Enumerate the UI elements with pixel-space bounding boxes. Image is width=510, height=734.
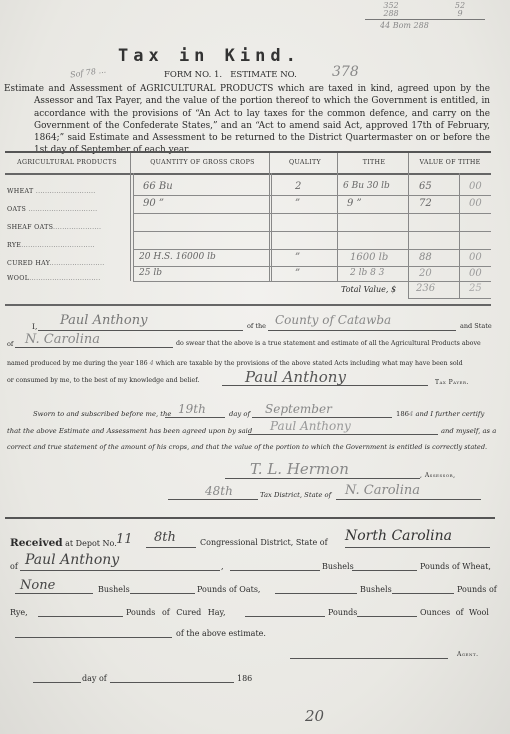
receipt-of: of: [10, 562, 18, 571]
tax-district-number: 48th: [205, 484, 233, 498]
receipt-state: North Carolina: [345, 528, 452, 544]
receipt-from-name: Paul Anthony: [25, 552, 119, 568]
col-divider: [337, 153, 338, 281]
estimate-portion-line[interactable]: [15, 637, 172, 638]
pounds-of-label: Pounds of: [457, 585, 497, 594]
tax-district-label: Tax District, State of: [260, 491, 331, 499]
taxpayer-name-line: [38, 330, 243, 331]
oats-pounds-label: Pounds of Oats,: [197, 585, 260, 594]
oath-state: N. Carolina: [25, 332, 100, 347]
oath-text-1: do swear that the above is a true statem…: [176, 340, 481, 347]
receipt-year: 186: [237, 674, 252, 683]
product-table: AGRICULTURAL PRODUCTS QUANTITY OF GROSS …: [5, 151, 491, 301]
hay-tithe: 1600 lb: [350, 252, 388, 263]
oath-i: I,: [32, 322, 37, 331]
wheat-pounds-label: Pounds of Wheat,: [420, 562, 491, 571]
sheaf-pounds-line[interactable]: [392, 593, 454, 594]
assessor-signature-line: [225, 478, 420, 479]
wheat-bushels-label: Bushels: [322, 562, 354, 571]
oats-value-cents: 00: [469, 198, 482, 209]
row-line: [133, 281, 491, 282]
taxpayer-signature: Paul Anthony: [245, 368, 346, 386]
row-line: [408, 298, 491, 299]
product-label-cured-hay: CURED HAY........................: [7, 260, 105, 267]
total-cents: 25: [469, 283, 482, 294]
header-quantity: QUANTITY OF GROSS CROPS: [135, 159, 270, 166]
sheaf-bushels-label: Bushels: [360, 585, 392, 594]
oath-taxpayer-name: Paul Anthony: [60, 313, 147, 328]
hay-value-cents: 00: [469, 252, 482, 263]
margin-rule: [365, 19, 485, 20]
received-label: Received: [10, 537, 63, 549]
product-label-sheaf-oats: SHEAF OATS.....................: [7, 224, 101, 231]
wheat-value-cents: 00: [469, 181, 482, 192]
product-label-wool: WOOL...............................: [7, 275, 101, 282]
total-value-label: Total Value, $: [341, 285, 396, 294]
row-line: [133, 213, 491, 214]
wool-quality: ”: [295, 268, 300, 279]
product-label-oats: OATS ..............................: [7, 206, 97, 213]
sworn-month: September: [265, 402, 332, 416]
page-mark: 20: [305, 707, 324, 725]
form-title: Tax in Kind.: [118, 46, 301, 66]
state-line: [15, 347, 173, 348]
row-line: [133, 249, 491, 250]
product-label-wheat: WHEAT ..........................: [7, 188, 96, 195]
sworn-text: Sworn to and subscribed before me, the: [33, 410, 171, 418]
margin-note-left: Sof 78 ...: [70, 66, 107, 80]
receipt-day-of: day of: [82, 674, 107, 683]
sworn-day: 19th: [178, 402, 206, 416]
of-estimate-label: of the above estimate.: [176, 629, 266, 638]
oath-text-3: or consumed by me, to the best of my kno…: [7, 377, 199, 384]
rye-pounds-line[interactable]: [38, 616, 123, 617]
row-line: [133, 195, 491, 196]
intro-text: Estimate and Assessment of AGRICULTURAL …: [4, 84, 490, 155]
assessor-signature: T. L. Hermon: [250, 460, 349, 478]
header-quality: QUALITY: [273, 159, 337, 166]
oats-pounds-line[interactable]: [130, 593, 195, 594]
oats-bushels-line: [15, 593, 93, 594]
agent-label: Agent.: [457, 651, 479, 658]
margin-num: 288: [371, 10, 411, 18]
product-label-rye: RYE................................: [7, 242, 95, 249]
receipt-name-line: [20, 570, 220, 571]
taxpayer-label: Tax Payer.: [435, 379, 469, 386]
total-dollars: 236: [416, 283, 435, 294]
receipt-divider: [5, 517, 495, 519]
receipt-line-1: Received at Depot No.: [10, 537, 117, 549]
oats-quality: ”: [295, 198, 300, 209]
wool-pounds-label: Pounds: [328, 608, 357, 617]
wheat-value-dollars: 65: [419, 181, 432, 192]
month-line: [252, 417, 392, 418]
oath-of-the: of the: [247, 322, 266, 330]
col-divider: [269, 153, 270, 281]
header-tithe: TITHE: [339, 159, 409, 166]
wheat-quality: 2: [295, 181, 301, 192]
form-line: FORM NO. 1. ESTIMATE NO.: [164, 70, 297, 80]
congressional-label: Congressional District, State of: [200, 538, 328, 547]
wool-value-dollars: 20: [419, 268, 432, 279]
table-header-rule: [5, 173, 491, 175]
wheat-tithe: 6 Bu 30 lb: [343, 181, 390, 191]
oats-quantity: 90 ”: [143, 198, 164, 209]
col-divider: [459, 173, 460, 298]
cured-hay-label: Pounds of Cured Hay,: [126, 608, 226, 617]
col-divider: [133, 173, 134, 281]
agreed-name-line: [248, 434, 438, 435]
tax-in-kind-form: 352 288 44 Bom 288 52 9 Tax in Kind. Sof…: [0, 0, 510, 734]
estimate-label: ESTIMATE NO.: [230, 70, 297, 80]
margin-num: 9: [450, 10, 470, 18]
assessor-label: , Assessor,: [420, 472, 456, 479]
oats-bushels-value: None: [20, 578, 55, 593]
wool-value-cents: 00: [469, 268, 482, 279]
sheaf-bushels-line[interactable]: [275, 593, 357, 594]
wool-ounces-label: Ounces of Wool: [420, 608, 489, 617]
col-divider: [271, 173, 272, 281]
agreed-text: that the above Estimate and Assessment h…: [7, 427, 252, 435]
wool-quantity: 25 lb: [139, 268, 162, 278]
wheat-bushels-line[interactable]: [230, 570, 320, 571]
hay-quality: ”: [295, 252, 300, 263]
form-number: FORM NO. 1.: [164, 70, 222, 80]
hay-quantity: 20 H.S. 16000 lb: [139, 252, 216, 262]
congressional-number: 8th: [154, 530, 176, 545]
wheat-pounds-line[interactable]: [352, 570, 417, 571]
estimate-number: 378: [332, 64, 359, 80]
district-state-line: [336, 499, 481, 500]
rye-label: Rye,: [10, 608, 28, 617]
hay-value-dollars: 88: [419, 252, 432, 263]
oats-tithe: 9 ”: [347, 198, 362, 209]
district-line: [168, 499, 258, 500]
intro-paragraph: Estimate and Assessment of AGRICULTURAL …: [4, 83, 490, 157]
agent-signature-line[interactable]: [290, 658, 448, 659]
margin-calc-left: 352 288: [371, 2, 411, 18]
wool-tithe: 2 lb 8 3: [350, 268, 384, 278]
sworn-day-of: day of: [229, 410, 250, 418]
depot-number: 11: [116, 532, 133, 547]
oath-county: County of Catawba: [275, 313, 391, 327]
oats-value-dollars: 72: [419, 198, 432, 209]
day-line: [165, 417, 225, 418]
myself-text: and myself, as a: [441, 427, 496, 435]
receipt-state-line: [345, 547, 490, 548]
sworn-year: 1864 and I further certify: [396, 410, 484, 418]
col-divider: [130, 153, 131, 281]
receipt-day-line[interactable]: [33, 682, 81, 683]
tax-district-state: N. Carolina: [345, 483, 420, 498]
col-divider: [408, 153, 409, 298]
oath-year: 4: [150, 360, 154, 367]
oath-text-2: named produced by me during the year 186…: [7, 360, 463, 367]
congressional-line: [146, 547, 196, 548]
oath-and-state: and State: [460, 322, 492, 330]
margin-calc-sum: 44 Bom 288: [380, 21, 429, 30]
row-line: [133, 231, 491, 232]
receipt-month-line[interactable]: [110, 682, 234, 683]
wheat-quantity: 66 Bu: [143, 181, 173, 192]
correct-statement: correct and true statement of the amount…: [7, 443, 487, 451]
oath-of: of: [7, 340, 13, 348]
wool-ounces-line[interactable]: [357, 616, 417, 617]
county-line: [268, 330, 456, 331]
header-value: VALUE OF TITHE: [410, 159, 490, 166]
hay-pounds-line[interactable]: [245, 616, 325, 617]
agreed-name: Paul Anthony: [270, 419, 351, 433]
row-line: [133, 266, 491, 267]
table-top-rule: [5, 151, 491, 153]
oats-bushels-label: Bushels: [98, 585, 130, 594]
table-bottom-rule: [5, 304, 491, 306]
header-products: AGRICULTURAL PRODUCTS: [7, 159, 127, 166]
margin-calc-right: 52 9: [450, 2, 470, 18]
